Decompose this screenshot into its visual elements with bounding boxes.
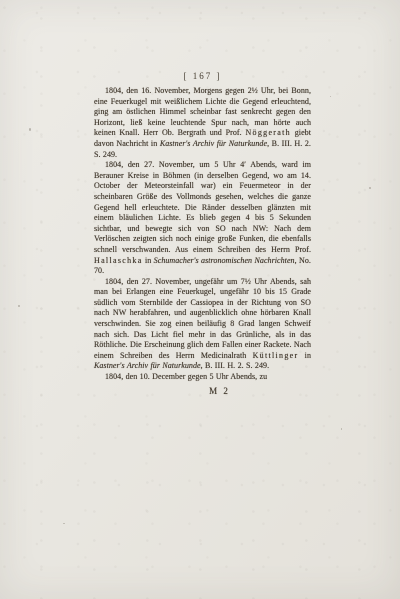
- scan-speck: [369, 187, 371, 189]
- scan-speck: [330, 96, 331, 97]
- paragraph-december-start: 1804, den 10. December gegen 5 Uhr Abend…: [94, 372, 311, 383]
- paragraph-text: 1804, den 27. November, um 5 Uhr 4′ Aben…: [94, 160, 311, 254]
- journal-title: Kastner's Archiv für Naturkunde: [94, 361, 201, 370]
- paragraph-text: in: [143, 256, 154, 265]
- text-column: [ 167 ] 1804, den 16. November, Morgens …: [94, 71, 311, 396]
- person-name: Nöggerath: [245, 128, 290, 137]
- body-text: 1804, den 16. November, Morgens gegen 2½…: [94, 86, 311, 383]
- person-name: Hallaschka: [94, 256, 143, 265]
- paragraph-text: 1804, den 27. November, ungefähr um 7½ U…: [94, 277, 311, 360]
- scan-speck: [18, 305, 20, 307]
- page-number: [ 167 ]: [94, 71, 311, 81]
- signature-mark: M 2: [94, 386, 311, 396]
- scan-speck: [29, 128, 31, 131]
- journal-title: Schumacher's astronomischen Nachrichten: [154, 256, 295, 265]
- journal-title: Kastner's Archiv für Naturkunde: [160, 139, 267, 148]
- citation-reference: , B. III. H. 2. S. 249.: [201, 361, 270, 370]
- paragraph-boehmen-meteor: 1804, den 27. November, um 5 Uhr 4′ Aben…: [94, 160, 311, 277]
- scan-speck: [341, 428, 342, 430]
- paragraph-erlangen-fireball: 1804, den 27. November, ungefähr um 7½ U…: [94, 277, 311, 372]
- paragraph-text: in: [298, 351, 311, 360]
- scanned-book-page: [ 167 ] 1804, den 16. November, Morgens …: [0, 0, 400, 599]
- person-name: Küttlinger: [253, 351, 299, 360]
- paragraph-bonn-fireball: 1804, den 16. November, Morgens gegen 2½…: [94, 86, 311, 160]
- paragraph-text: 1804, den 10. December gegen 5 Uhr Abend…: [105, 372, 267, 381]
- scan-speck: [63, 523, 65, 524]
